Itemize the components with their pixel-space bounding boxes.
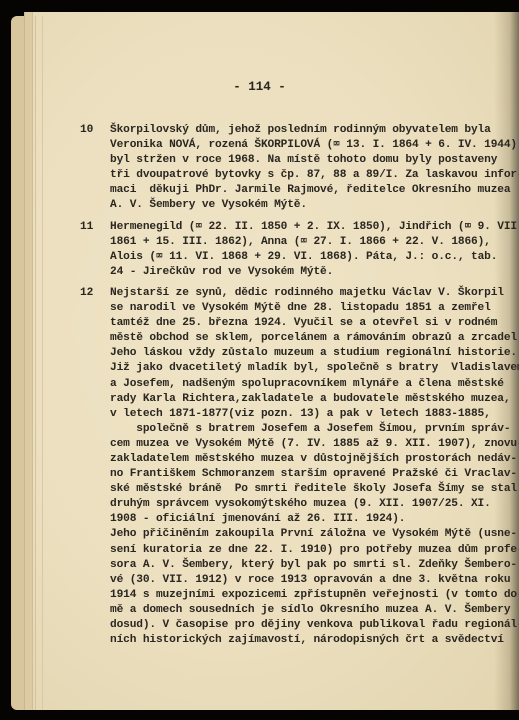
text-line: Jeho přičiněním zakoupila První záložna …: [110, 527, 519, 542]
text-line: 1908 - oficiální jmenování až 26. III. 1…: [110, 512, 519, 527]
text-line: dosud). V časopise pro dějiny venkova pu…: [110, 618, 519, 633]
text-line: sení kuratoria ze dne 22. I. 1910) pro p…: [110, 543, 519, 558]
text-line: 1861 + 15. III. 1862), Anna (⌧ 27. I. 18…: [110, 235, 519, 250]
text-line: a Josefem, nadšeným spolupracovníkem mly…: [110, 377, 519, 392]
footnote-text: Škorpilovský dům, jehož posledním rodinn…: [110, 123, 519, 214]
text-line: městě obchod se sklem, porcelánem a rámo…: [110, 331, 519, 346]
footnote-11: 11 Hermenegild (⌧ 22. II. 1850 + 2. IX. …: [80, 220, 500, 280]
text-line: no Františkem Schmoranzem starším oprave…: [110, 467, 519, 482]
text-line: byl stržen v roce 1968. Na místě tohoto …: [110, 153, 519, 168]
footnote-12: 12 Nejstarší ze synů, dědic rodinného ma…: [80, 286, 500, 648]
text-line: Jeho láskou vždy zůstalo muzeum a studiu…: [110, 346, 519, 361]
footnote-number: 12: [80, 286, 110, 648]
footnote-10: 10 Škorpilovský dům, jehož posledním rod…: [80, 123, 500, 214]
text-line: sora A. V. Šembery, který byl pak po smr…: [110, 558, 519, 573]
text-line: zakladatelem městského muzea v důstojněj…: [110, 452, 519, 467]
text-line: ních historických zajímavostí, národopis…: [110, 633, 519, 648]
text-line: v letech 1871-1877(viz pozn. 13) a pak v…: [110, 407, 519, 422]
footnote-number: 10: [80, 123, 110, 214]
text-line: Škorpilovský dům, jehož posledním rodinn…: [110, 123, 519, 138]
text-line: mě a domech sousedních je sídlo Okresníh…: [110, 603, 519, 618]
text-line: 1914 s muzejními expozicemi zpřístupněn …: [110, 588, 519, 603]
text-line: cem muzea ve Vysokém Mýtě (7. IV. 1885 a…: [110, 437, 519, 452]
text-line: ské městské bráně Po smrti ředitele škol…: [110, 482, 519, 497]
text-line: A. V. Šembery ve Vysokém Mýtě.: [110, 198, 519, 213]
text-line: rady Karla Richtera,zakladatele a budova…: [110, 392, 519, 407]
text-line: druhým správcem vysokomýtského muzea (9.…: [110, 497, 519, 512]
text-line: Již jako dvacetiletý mladík byl, společn…: [110, 361, 519, 376]
footnote-number: 11: [80, 220, 110, 280]
footnote-text: Nejstarší ze synů, dědic rodinného majet…: [110, 286, 519, 648]
text-line: tamtéž dne 25. března 1924. Vyučil se a …: [110, 316, 519, 331]
text-line: maci děkuji PhDr. Jarmile Rajmové, ředit…: [110, 183, 519, 198]
text-line: Veronika NOVÁ, rozená ŠKORPILOVÁ (⌧ 13. …: [110, 138, 519, 153]
text-line: vé (30. VII. 1912) v roce 1913 opravován…: [110, 573, 519, 588]
text-line: Nejstarší ze synů, dědic rodinného majet…: [110, 286, 519, 301]
footnote-text: Hermenegild (⌧ 22. II. 1850 + 2. IX. 185…: [110, 220, 519, 280]
text-line: se narodil ve Vysokém Mýtě dne 28. listo…: [110, 301, 519, 316]
text-line: 24 - Jirečkův rod ve Vysokém Mýtě.: [110, 265, 519, 280]
text-line: Hermenegild (⌧ 22. II. 1850 + 2. IX. 185…: [110, 220, 519, 235]
footnotes: 10 Škorpilovský dům, jehož posledním rod…: [80, 123, 500, 654]
page-number: - 114 -: [0, 80, 519, 94]
text-line: Alois (⌧ 11. VI. 1868 + 29. VI. 1868). P…: [110, 250, 519, 265]
text-line: společně s bratrem Josefem a Josefem Ším…: [110, 422, 519, 437]
text-line: tři dvoupatrové bytovky s čp. 87, 88 a 8…: [110, 168, 519, 183]
